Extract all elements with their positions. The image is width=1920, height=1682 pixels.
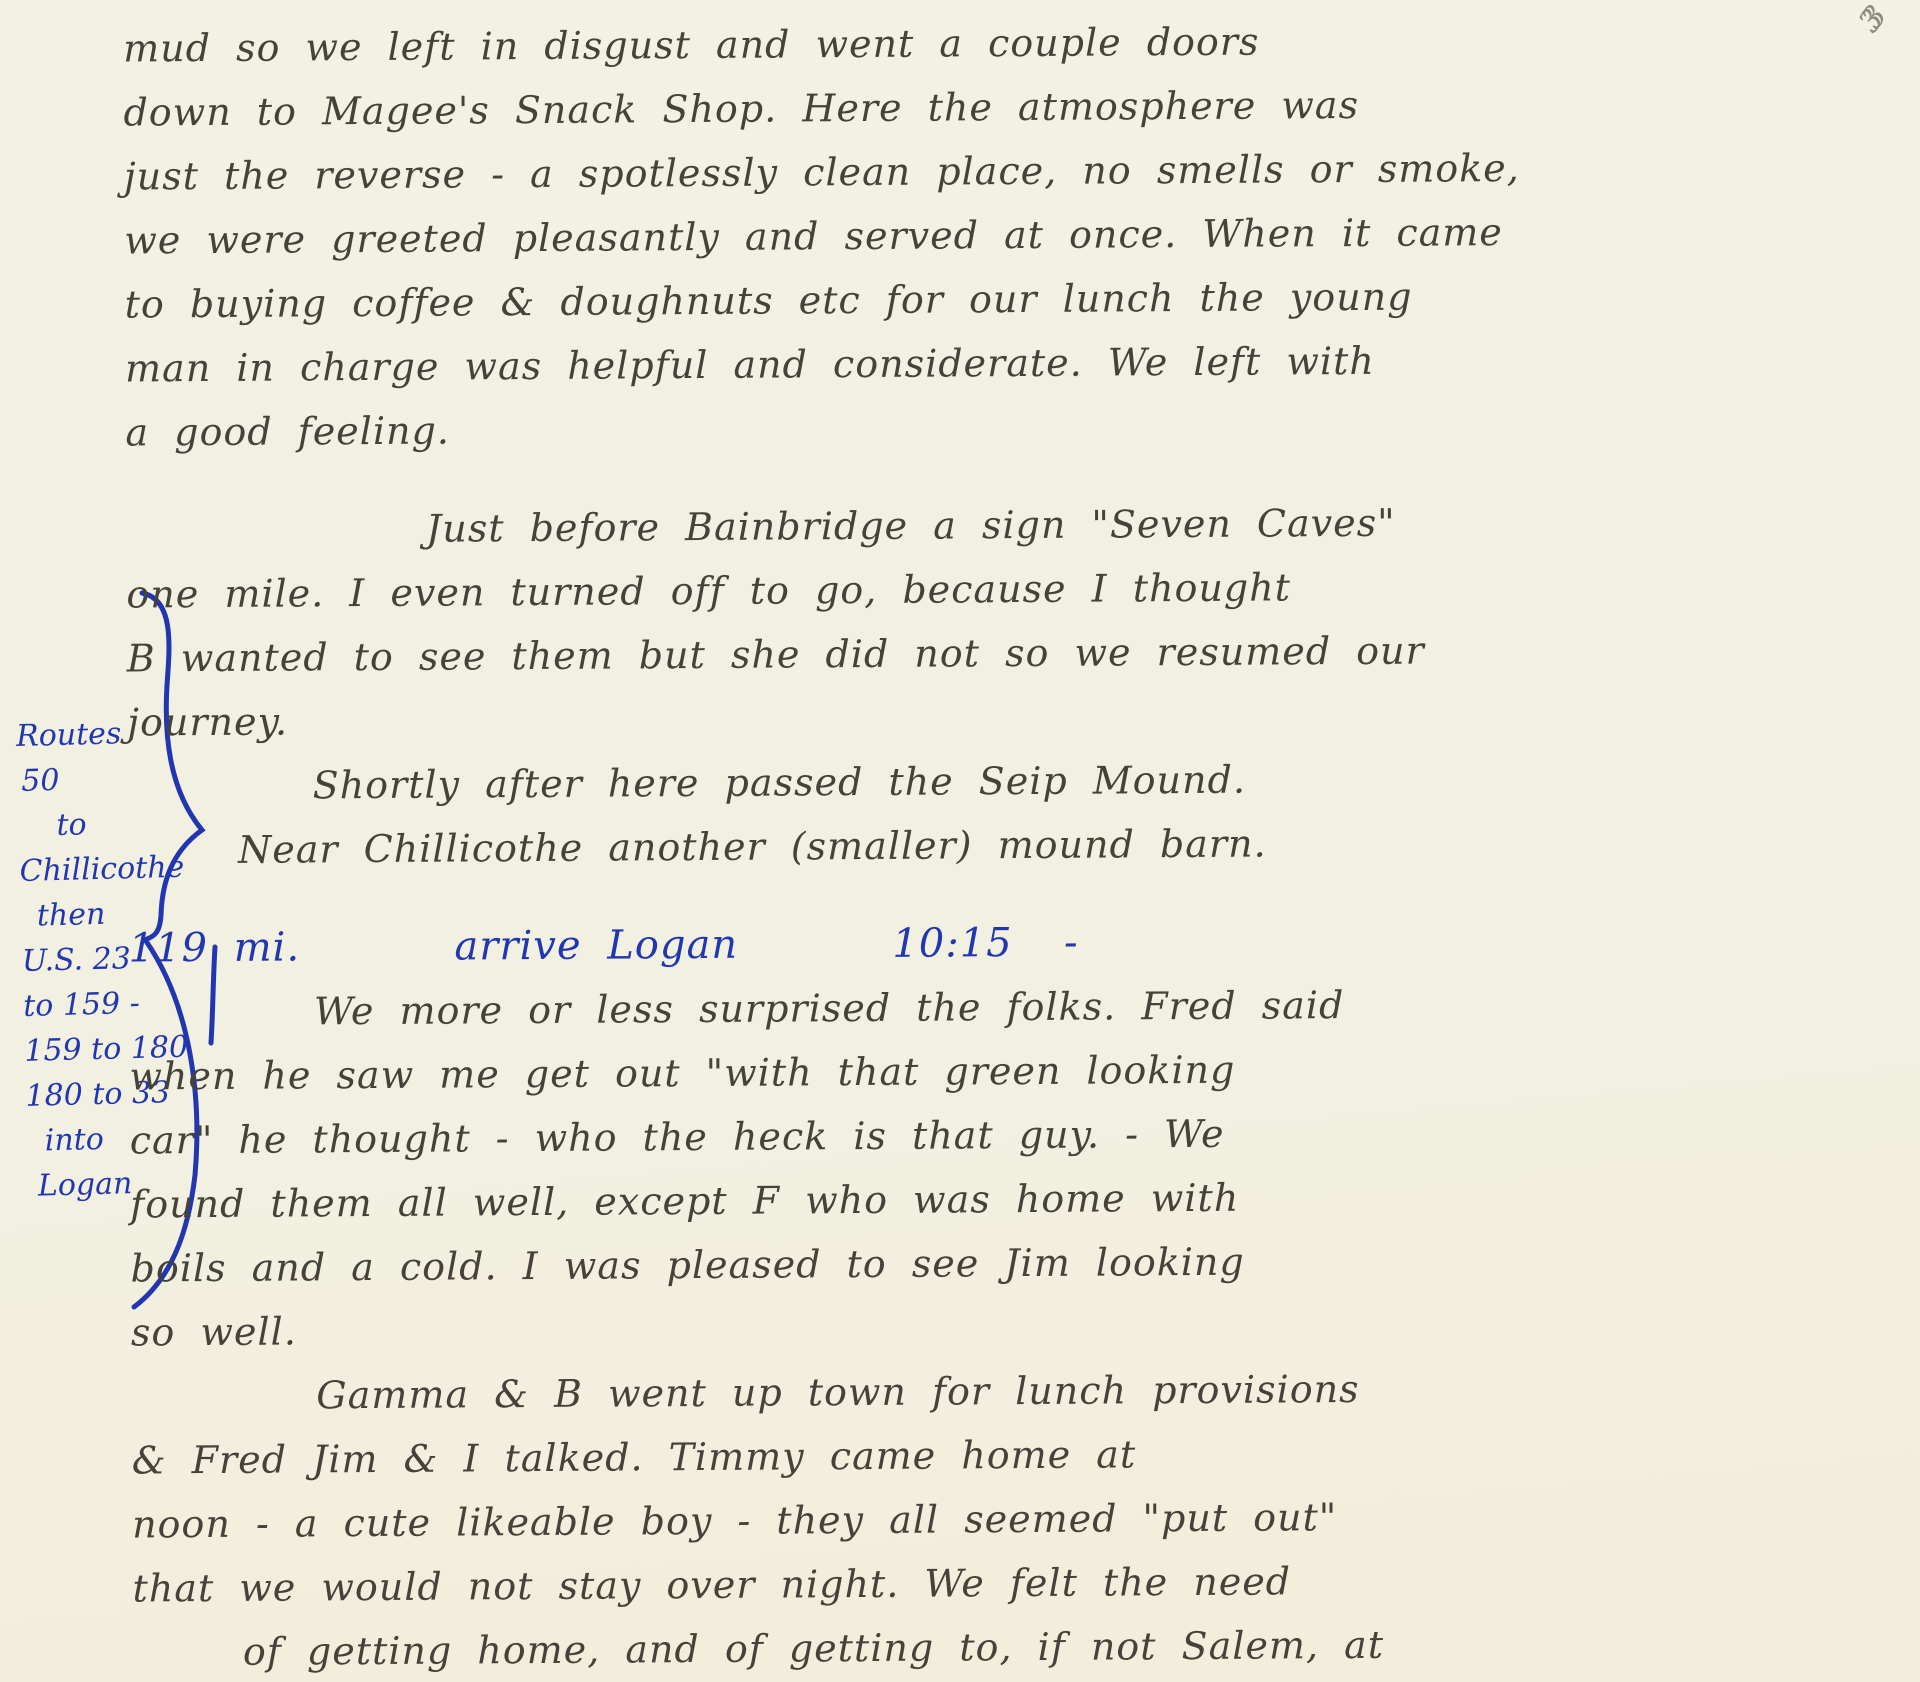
journal-line: that we would not stay over night. We fe… [132, 1547, 1602, 1620]
journal-line: 119 mi. arrive Logan 10:15 - [128, 908, 1598, 981]
journal-line: a good feeling. [125, 392, 1595, 465]
journal-line: Near Chillicothe another (smaller) mound… [128, 810, 1598, 883]
journal-line: car" he thought - who the heck is that g… [130, 1100, 1600, 1173]
journal-line: B wanted to see them but she did not so … [127, 618, 1597, 691]
journal-line: just the reverse - a spotlessly clean pl… [124, 136, 1594, 209]
journal-line: boils and a cold. I was pleased to see J… [130, 1228, 1600, 1301]
journal-line: so well. [131, 1292, 1601, 1365]
journal-line: mud so we left in disgust and went a cou… [123, 8, 1593, 81]
journal-line: & Fred Jim & I talked. Timmy came home a… [132, 1419, 1602, 1492]
journal-lines: mud so we left in disgust and went a cou… [123, 8, 1603, 1682]
journal-line: we were greeted pleasantly and served at… [124, 200, 1594, 273]
journal-line: when he saw me get out "with that green … [129, 1036, 1599, 1109]
journal-page: 33 Routes50toChillicothethenU.S. 23to 15… [0, 0, 1920, 1682]
journal-line: Just before Bainbridge a sign "Seven Cav… [126, 490, 1596, 563]
journal-line: one mile. I even turned off to go, becau… [126, 554, 1596, 627]
journal-line: We more or less surprised the folks. Fre… [129, 972, 1599, 1045]
page-number: 33 [1854, 12, 1884, 38]
journal-text: mud so we left in disgust and went a cou… [123, 8, 1603, 1682]
journal-line: down to Magee's Snack Shop. Here the atm… [123, 72, 1593, 145]
journal-line: to buying coffee & doughnuts etc for our… [124, 264, 1594, 337]
journal-line: man in charge was helpful and considerat… [125, 328, 1595, 401]
journal-line: found them all well, except F who was ho… [130, 1164, 1600, 1237]
journal-line: of getting home, and of getting to, if n… [133, 1611, 1603, 1682]
journal-line: noon - a cute likeable boy - they all se… [132, 1483, 1602, 1556]
journal-line: journey. [127, 682, 1597, 755]
journal-line: Shortly after here passed the Seip Mound… [127, 746, 1597, 819]
journal-line: Gamma & B went up town for lunch provisi… [131, 1356, 1601, 1429]
